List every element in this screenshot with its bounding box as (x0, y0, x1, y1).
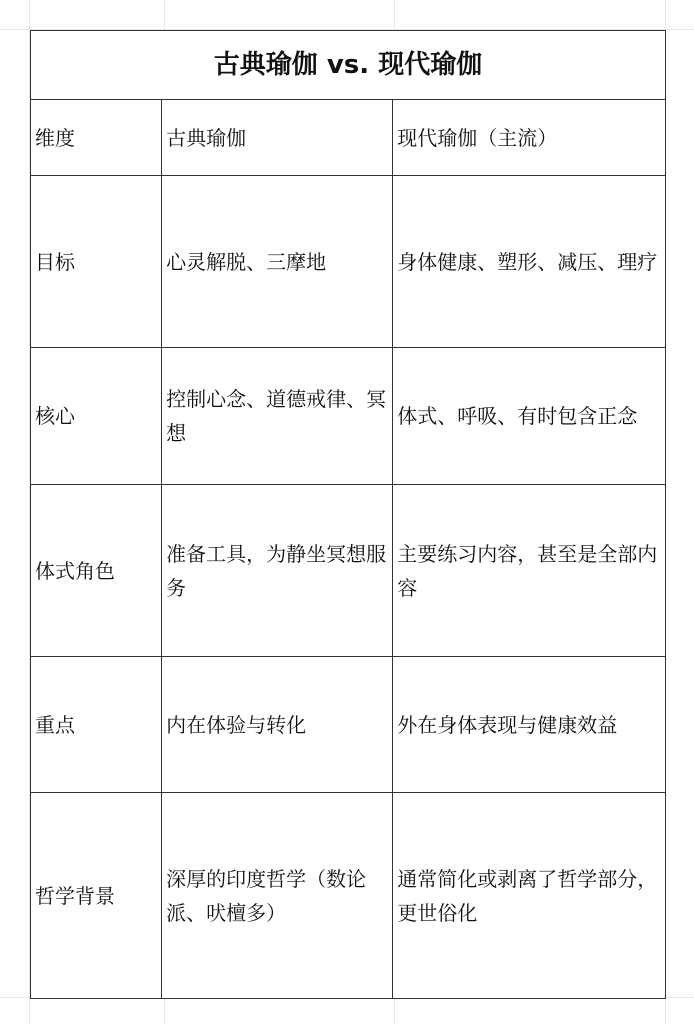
row-classical[interactable]: 心灵解脱、三摩地 (162, 176, 393, 348)
row-dimension[interactable]: 重点 (31, 657, 162, 793)
row-dimension[interactable]: 哲学背景 (31, 793, 162, 999)
table-row: 体式角色 准备工具，为静坐冥想服务 主要练习内容，甚至是全部内容 (31, 485, 666, 657)
table-title[interactable]: 古典瑜伽 vs. 现代瑜伽 (31, 31, 666, 100)
header-dimension[interactable]: 维度 (31, 100, 162, 176)
table-row: 目标 心灵解脱、三摩地 身体健康、塑形、减压、理疗 (31, 176, 666, 348)
row-classical[interactable]: 内在体验与转化 (162, 657, 393, 793)
row-modern[interactable]: 外在身体表现与健康效益 (393, 657, 666, 793)
table-row: 核心 控制心念、道德戒律、冥想 体式、呼吸、有时包含正念 (31, 348, 666, 485)
header-row: 维度 古典瑜伽 现代瑜伽（主流） (31, 100, 666, 176)
row-modern[interactable]: 通常简化或剥离了哲学部分，更世俗化 (393, 793, 666, 999)
header-modern[interactable]: 现代瑜伽（主流） (393, 100, 666, 176)
row-modern[interactable]: 体式、呼吸、有时包含正念 (393, 348, 666, 485)
header-classical[interactable]: 古典瑜伽 (162, 100, 393, 176)
row-classical[interactable]: 准备工具，为静坐冥想服务 (162, 485, 393, 657)
comparison-table: 古典瑜伽 vs. 现代瑜伽 维度 古典瑜伽 现代瑜伽（主流） 目标 心灵解脱、三… (30, 30, 666, 999)
row-classical[interactable]: 深厚的印度哲学（数论派、吠檀多） (162, 793, 393, 999)
row-dimension[interactable]: 核心 (31, 348, 162, 485)
table-row: 重点 内在体验与转化 外在身体表现与健康效益 (31, 657, 666, 793)
row-modern[interactable]: 主要练习内容，甚至是全部内容 (393, 485, 666, 657)
row-dimension[interactable]: 体式角色 (31, 485, 162, 657)
row-classical[interactable]: 控制心念、道德戒律、冥想 (162, 348, 393, 485)
row-dimension[interactable]: 目标 (31, 176, 162, 348)
row-modern[interactable]: 身体健康、塑形、减压、理疗 (393, 176, 666, 348)
table-row: 哲学背景 深厚的印度哲学（数论派、吠檀多） 通常简化或剥离了哲学部分，更世俗化 (31, 793, 666, 999)
